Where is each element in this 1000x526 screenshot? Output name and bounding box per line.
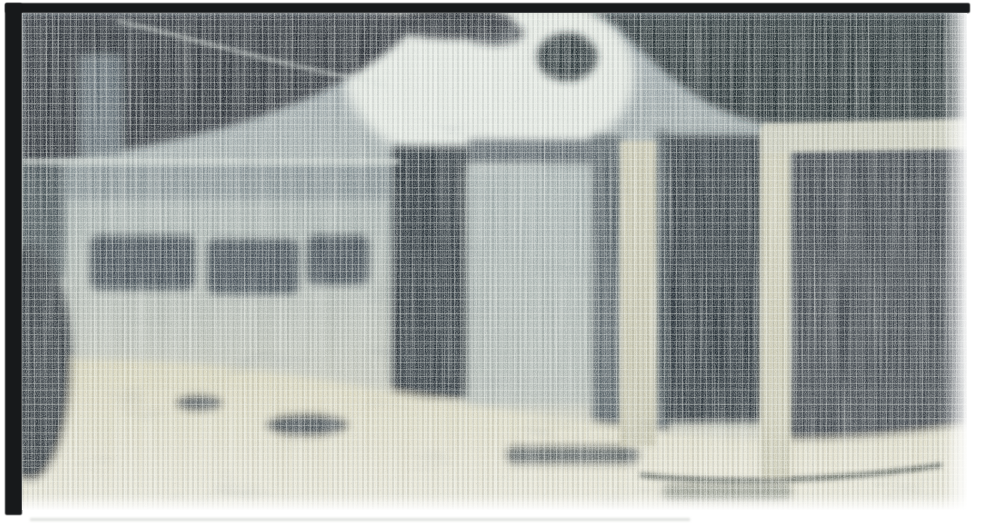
dark-grain-noise xyxy=(22,13,967,510)
photo-frame-top-bar xyxy=(5,3,970,13)
surveillance-photo xyxy=(22,13,967,510)
page: { "photo": { "description": "Grainy mono… xyxy=(0,0,1000,526)
photo-right-fade xyxy=(941,13,967,510)
photo-bottom-fade xyxy=(22,494,967,510)
photo-frame-left-bar xyxy=(5,3,22,515)
photo-scene xyxy=(22,13,967,510)
scan-artifact-line xyxy=(30,518,690,521)
